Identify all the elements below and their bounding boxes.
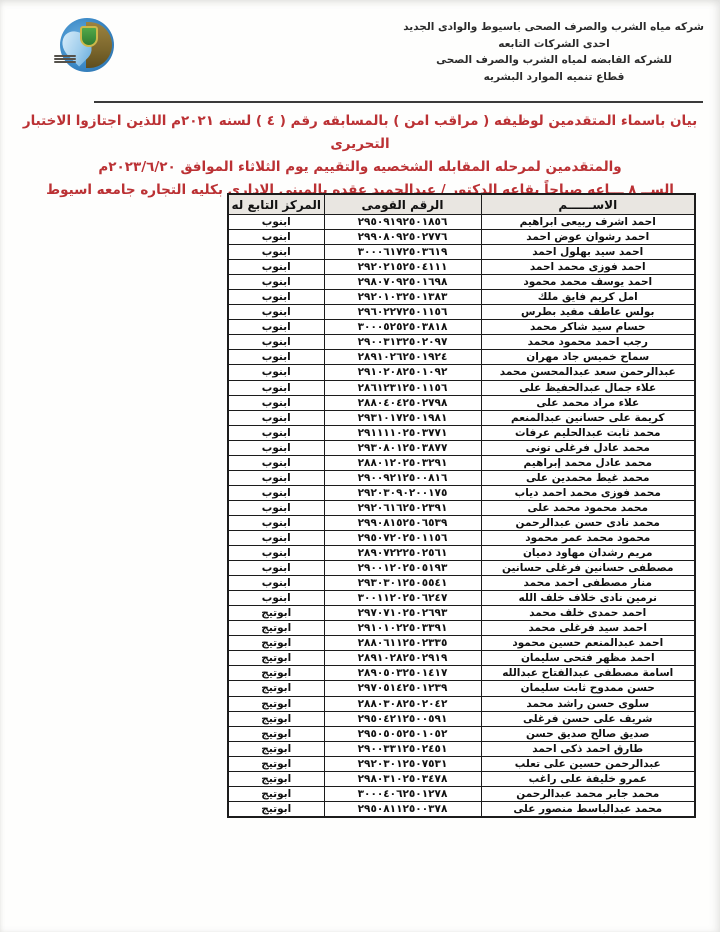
applicant-national-id: ٢٨٨٠٣٠٨٢٥٠٢٠٤٢ <box>324 696 481 711</box>
applicant-national-id: ٢٩٢٠٦١٦٢٥٠٢٣٩١ <box>324 500 481 515</box>
applicant-name: احمد عبدالمنعم حسين محمود <box>481 636 695 651</box>
applicant-national-id: ٢٨٨٠١٢٠٢٥٠٣٢٩١ <box>324 455 481 470</box>
table-header-row: الاســــــم الرقم القومى المركز التابع ل… <box>228 194 695 215</box>
applicant-national-id: ٢٩٠٠٣١٣٢٥٠٢٠٩٧ <box>324 335 481 350</box>
table-row: عبدالرحمن سعد عبدالمحسن محمد ٢٩١٠٢٠٨٢٥٠١… <box>228 365 695 380</box>
applicant-center: ابوتيج <box>228 606 324 621</box>
applicant-name: محمد عادل محمد إبراهيم <box>481 455 695 470</box>
applicant-center: ابنوب <box>228 515 324 530</box>
applicant-national-id: ٢٩٩٠٨١٥٢٥٠٦٥٣٩ <box>324 515 481 530</box>
applicant-national-id: ٢٩٥٠٤٢١٢٥٠٠٥٩١ <box>324 711 481 726</box>
table-row: علاء جمال عبدالحفيظ على ٢٨٦١٢٣١٢٥٠١١٥٦ ا… <box>228 380 695 395</box>
table-row: محمد عادل فرغلى تونى ٢٩٣٠٨٠١٢٥٠٣٨٧٧ ابنو… <box>228 440 695 455</box>
table-row: شريف على حسن فرغلى ٢٩٥٠٤٢١٢٥٠٠٥٩١ ابوتيج <box>228 711 695 726</box>
applicant-center: ابنوب <box>228 260 324 275</box>
table-row: محمد فوزى محمد احمد دياب ٢٩٢٠٣٠٩٠٢٠٠١٧٥ … <box>228 485 695 500</box>
applicant-center: ابنوب <box>228 500 324 515</box>
applicant-name: سماح خميس جاد مهران <box>481 350 695 365</box>
applicant-name: احمد يوسف محمد محمود <box>481 275 695 290</box>
table-row: سلوى حسن راشد محمد ٢٨٨٠٣٠٨٢٥٠٢٠٤٢ ابوتيج <box>228 696 695 711</box>
table-row: احمد مظهر فتحى سليمان ٢٨٩١٠٢٨٢٥٠٢٩١٩ ابو… <box>228 651 695 666</box>
applicant-national-id: ٢٩٦٠٢٢٧٢٥٠١١٥٦ <box>324 305 481 320</box>
applicant-name: صديق صالح صديق حسن <box>481 726 695 741</box>
applicant-name: سلوى حسن راشد محمد <box>481 696 695 711</box>
applicant-national-id: ٢٨٩٠٥٠٣٢٥٠١٤١٧ <box>324 666 481 681</box>
applicant-center: ابوتيج <box>228 681 324 696</box>
applicant-national-id: ٢٨٩١٠٢٦٢٥٠١٩٢٤ <box>324 350 481 365</box>
applicant-center: ابوتيج <box>228 711 324 726</box>
applicant-name: منار مصطفى احمد محمد <box>481 576 695 591</box>
applicant-national-id: ٣٠٠٠٦١٧٢٥٠٣٦١٩ <box>324 245 481 260</box>
applicant-center: ابوتيج <box>228 771 324 786</box>
applicant-national-id: ٢٩٢٠٣٠٩٠٢٠٠١٧٥ <box>324 485 481 500</box>
applicant-national-id: ٢٩٠٠٩٢١٢٥٠٠٨١٦ <box>324 470 481 485</box>
applicant-center: ابوتيج <box>228 741 324 756</box>
applicant-national-id: ٢٩٢٠٢١٥٢٥٠٤١١١ <box>324 260 481 275</box>
table-row: محمد ثابت عبدالحليم عرفات ٢٩١١١١٠٢٥٠٣٧٧١… <box>228 425 695 440</box>
applicant-name: محمد عادل فرغلى تونى <box>481 440 695 455</box>
applicants-table: الاســــــم الرقم القومى المركز التابع ل… <box>227 193 696 818</box>
shield-icon <box>80 26 98 47</box>
applicant-national-id: ٢٨٩٠٧٢٢٢٥٠٢٥٦١ <box>324 546 481 561</box>
applicant-name: محمد غيط محمدين على <box>481 470 695 485</box>
applicant-center: ابنوب <box>228 561 324 576</box>
table-row: طارق احمد ذكى احمد ٢٩٠٠٣٣١٢٥٠٢٤٥١ ابوتيج <box>228 741 695 756</box>
table-row: حسن ممدوح ثابت سليمان ٢٩٧٠٥١٤٢٥٠١٢٣٩ ابو… <box>228 681 695 696</box>
applicant-name: احمد مظهر فتحى سليمان <box>481 651 695 666</box>
table-row: سماح خميس جاد مهران ٢٨٩١٠٢٦٢٥٠١٩٢٤ ابنوب <box>228 350 695 365</box>
applicants-tbody: احمد اشرف ربيعى ابراهيم ٢٩٥٠٩١٩٢٥٠١٨٥٦ ا… <box>228 215 695 817</box>
applicant-center: ابنوب <box>228 305 324 320</box>
applicant-name: احمد اشرف ربيعى ابراهيم <box>481 215 695 230</box>
applicant-national-id: ٢٩٨٠٧٠٩٢٥٠١٦٩٨ <box>324 275 481 290</box>
table-row: امل كريم فايق ملك ٢٩٢٠١٠٣٢٥٠١٣٨٣ ابنوب <box>228 290 695 305</box>
applicant-center: ابنوب <box>228 440 324 455</box>
applicant-name: محمد محمود محمد على <box>481 500 695 515</box>
applicant-name: محمد فوزى محمد احمد دياب <box>481 485 695 500</box>
divider-line <box>94 101 703 103</box>
applicant-national-id: ٢٩١٠٢٠٨٢٥٠١٠٩٢ <box>324 365 481 380</box>
company-name: شركه مياه الشرب والصرف الصحى باسيوط والو… <box>404 19 704 36</box>
applicant-center: ابنوب <box>228 215 324 230</box>
table-row: محمد جابر محمد عبدالرحمن ٣٠٠٠٤٠٦٢٥٠١٢٧٨ … <box>228 786 695 801</box>
applicant-name: محمد ثابت عبدالحليم عرفات <box>481 425 695 440</box>
applicant-name: مريم رشدان مهاود دميان <box>481 546 695 561</box>
applicant-name: محمد عبدالباسط منصور على <box>481 801 695 817</box>
applicant-center: ابنوب <box>228 290 324 305</box>
applicant-name: بولس عاطف مفيد بطرس <box>481 305 695 320</box>
table-row: احمد يوسف محمد محمود ٢٩٨٠٧٠٩٢٥٠١٦٩٨ ابنو… <box>228 275 695 290</box>
applicant-center: ابنوب <box>228 320 324 335</box>
header-national-id: الرقم القومى <box>324 194 481 215</box>
applicant-center: ابنوب <box>228 576 324 591</box>
applicant-national-id: ٢٨٦١٢٣١٢٥٠١١٥٦ <box>324 380 481 395</box>
table-row: نرمين نادى خلاف خلف الله ٣٠٠١١٢٠٢٥٠٦٢٤٧ … <box>228 591 695 606</box>
title-line-1: بيان باسماء المتقدمين لوظيفه ( مراقب امن… <box>14 110 706 156</box>
applicant-name: احمد سيد بهلول احمد <box>481 245 695 260</box>
applicant-national-id: ٣٠٠٠٥٢٥٢٥٠٣٨١٨ <box>324 320 481 335</box>
applicant-national-id: ٢٨٨٠٤٠٤٢٥٠٢٧٩٨ <box>324 395 481 410</box>
table-row: علاء مراد محمد على ٢٨٨٠٤٠٤٢٥٠٢٧٩٨ ابنوب <box>228 395 695 410</box>
applicant-name: مصطفى حسانين فرغلى حسانين <box>481 561 695 576</box>
applicant-national-id: ٢٩١٠١٠٢٢٥٠٣٣٩١ <box>324 621 481 636</box>
applicant-national-id: ٢٩٥٠٨١١٢٥٠٠٣٧٨ <box>324 801 481 817</box>
applicant-national-id: ٢٩٢٠١٠٣٢٥٠١٣٨٣ <box>324 290 481 305</box>
table-row: مريم رشدان مهاود دميان ٢٨٩٠٧٢٢٢٥٠٢٥٦١ اب… <box>228 546 695 561</box>
applicant-center: ابنوب <box>228 485 324 500</box>
applicant-name: احمد حمدى خلف محمد <box>481 606 695 621</box>
applicant-national-id: ٢٩١١١١٠٢٥٠٣٧٧١ <box>324 425 481 440</box>
applicant-center: ابوتيج <box>228 666 324 681</box>
applicant-name: اسامة مصطفى عبدالفتاح عبدالله <box>481 666 695 681</box>
table-row: محمد نادى حسن عبدالرحمن ٢٩٩٠٨١٥٢٥٠٦٥٣٩ ا… <box>228 515 695 530</box>
table-row: احمد اشرف ربيعى ابراهيم ٢٩٥٠٩١٩٢٥٠١٨٥٦ ا… <box>228 215 695 230</box>
applicant-center: ابنوب <box>228 245 324 260</box>
applicant-national-id: ٢٩٥٠٥٠٥٢٥٠١٠٥٢ <box>324 726 481 741</box>
applicant-center: ابوتيج <box>228 636 324 651</box>
table-row: بولس عاطف مفيد بطرس ٢٩٦٠٢٢٧٢٥٠١١٥٦ ابنوب <box>228 305 695 320</box>
applicant-center: ابوتيج <box>228 621 324 636</box>
applicant-name: احمد فوزى محمد احمد <box>481 260 695 275</box>
applicant-center: ابنوب <box>228 380 324 395</box>
applicant-center: ابنوب <box>228 530 324 545</box>
applicant-center: ابوتيج <box>228 786 324 801</box>
scanned-document-page: شركه مياه الشرب والصرف الصحى باسيوط والو… <box>0 0 720 932</box>
table-row: محمد عبدالباسط منصور على ٢٩٥٠٨١١٢٥٠٠٣٧٨ … <box>228 801 695 817</box>
applicant-name: حسام سيد شاكر محمد <box>481 320 695 335</box>
applicant-national-id: ٢٩٢٠٣٠١٢٥٠٧٥٣١ <box>324 756 481 771</box>
table-row: محمد محمود محمد على ٢٩٢٠٦١٦٢٥٠٢٣٩١ ابنوب <box>228 500 695 515</box>
applicant-center: ابنوب <box>228 275 324 290</box>
table-row: احمد سيد فرغلى محمد ٢٩١٠١٠٢٢٥٠٣٣٩١ ابوتي… <box>228 621 695 636</box>
applicant-center: ابنوب <box>228 335 324 350</box>
applicant-name: احمد رشوان عوض احمد <box>481 230 695 245</box>
applicant-center: ابنوب <box>228 230 324 245</box>
company-subline-1: احدى الشركات التابعه <box>404 36 704 53</box>
applicant-national-id: ٢٩٠٠١٢٠٢٥٠٥١٩٣ <box>324 561 481 576</box>
applicant-name: رجب احمد محمود محمد <box>481 335 695 350</box>
applicant-name: محمد نادى حسن عبدالرحمن <box>481 515 695 530</box>
applicant-national-id: ٢٩٨٠٣١٠٢٥٠٣٤٧٨ <box>324 771 481 786</box>
table-row: عبدالرحمن حسين على تعلب ٢٩٢٠٣٠١٢٥٠٧٥٣١ ا… <box>228 756 695 771</box>
table-row: صديق صالح صديق حسن ٢٩٥٠٥٠٥٢٥٠١٠٥٢ ابوتيج <box>228 726 695 741</box>
applicant-national-id: ٢٩٣١٠١٧٢٥٠١٩٨١ <box>324 410 481 425</box>
company-subline-2: للشركه القابضه لمياه الشرب والصرف الصحى <box>404 52 704 69</box>
applicant-center: ابنوب <box>228 470 324 485</box>
table-row: عمرو خليفة على راغب ٢٩٨٠٣١٠٢٥٠٣٤٧٨ ابوتي… <box>228 771 695 786</box>
applicant-center: ابنوب <box>228 395 324 410</box>
applicant-center: ابنوب <box>228 546 324 561</box>
applicant-national-id: ٣٠٠١١٢٠٢٥٠٦٢٤٧ <box>324 591 481 606</box>
applicant-center: ابوتيج <box>228 651 324 666</box>
table-row: احمد عبدالمنعم حسين محمود ٢٨٨٠٦١١٢٥٠٢٣٣٥… <box>228 636 695 651</box>
applicant-center: ابنوب <box>228 591 324 606</box>
applicant-center: ابوتيج <box>228 696 324 711</box>
applicant-name: محمود محمد عمر محمود <box>481 530 695 545</box>
company-subline-3: قطاع تنميه الموارد البشريه <box>404 69 704 86</box>
applicant-name: امل كريم فايق ملك <box>481 290 695 305</box>
applicant-national-id: ٢٩٥٠٧٢٠٢٥٠١١٥٦ <box>324 530 481 545</box>
applicant-name: شريف على حسن فرغلى <box>481 711 695 726</box>
applicant-national-id: ٢٩٩٠٨٠٩٢٥٠٢٧٧٦ <box>324 230 481 245</box>
applicant-name: عمرو خليفة على راغب <box>481 771 695 786</box>
table-row: مصطفى حسانين فرغلى حسانين ٢٩٠٠١٢٠٢٥٠٥١٩٣… <box>228 561 695 576</box>
applicant-national-id: ٢٨٨٠٦١١٢٥٠٢٣٣٥ <box>324 636 481 651</box>
table-row: حسام سيد شاكر محمد ٣٠٠٠٥٢٥٢٥٠٣٨١٨ ابنوب <box>228 320 695 335</box>
logo-caption-lines <box>54 54 76 64</box>
applicant-name: حسن ممدوح ثابت سليمان <box>481 681 695 696</box>
applicant-center: ابنوب <box>228 410 324 425</box>
applicant-national-id: ٢٨٩١٠٢٨٢٥٠٢٩١٩ <box>324 651 481 666</box>
table-row: رجب احمد محمود محمد ٢٩٠٠٣١٣٢٥٠٢٠٩٧ ابنوب <box>228 335 695 350</box>
applicant-national-id: ٢٩٥٠٩١٩٢٥٠١٨٥٦ <box>324 215 481 230</box>
header-center: المركز التابع له <box>228 194 324 215</box>
applicant-name: طارق احمد ذكى احمد <box>481 741 695 756</box>
applicant-national-id: ٢٩٣٠٨٠١٢٥٠٣٨٧٧ <box>324 440 481 455</box>
applicant-center: ابنوب <box>228 455 324 470</box>
title-line-2: والمتقدمين لمرحله المقابله الشخصيه والتق… <box>14 156 706 179</box>
applicant-name: عبدالرحمن حسين على تعلب <box>481 756 695 771</box>
applicant-national-id: ٣٠٠٠٤٠٦٢٥٠١٢٧٨ <box>324 786 481 801</box>
applicant-center: ابنوب <box>228 425 324 440</box>
company-logo-icon <box>54 16 120 76</box>
applicant-center: ابنوب <box>228 365 324 380</box>
table-row: محمد غيط محمدين على ٢٩٠٠٩٢١٢٥٠٠٨١٦ ابنوب <box>228 470 695 485</box>
applicant-national-id: ٢٩٣٠٣٠١٢٥٠٥٥٤١ <box>324 576 481 591</box>
table-row: كريمة على حسانين عبدالمنعم ٢٩٣١٠١٧٢٥٠١٩٨… <box>228 410 695 425</box>
applicant-name: احمد سيد فرغلى محمد <box>481 621 695 636</box>
applicant-center: ابوتيج <box>228 756 324 771</box>
table-row: احمد فوزى محمد احمد ٢٩٢٠٢١٥٢٥٠٤١١١ ابنوب <box>228 260 695 275</box>
table-row: محمود محمد عمر محمود ٢٩٥٠٧٢٠٢٥٠١١٥٦ ابنو… <box>228 530 695 545</box>
applicant-name: نرمين نادى خلاف خلف الله <box>481 591 695 606</box>
table-row: احمد حمدى خلف محمد ٢٩٧٠٧١٠٢٥٠٢٦٩٣ ابوتيج <box>228 606 695 621</box>
table-row: اسامة مصطفى عبدالفتاح عبدالله ٢٨٩٠٥٠٣٢٥٠… <box>228 666 695 681</box>
table-row: احمد رشوان عوض احمد ٢٩٩٠٨٠٩٢٥٠٢٧٧٦ ابنوب <box>228 230 695 245</box>
table-row: منار مصطفى احمد محمد ٢٩٣٠٣٠١٢٥٠٥٥٤١ ابنو… <box>228 576 695 591</box>
applicant-name: محمد جابر محمد عبدالرحمن <box>481 786 695 801</box>
applicant-center: ابوتيج <box>228 726 324 741</box>
applicant-name: عبدالرحمن سعد عبدالمحسن محمد <box>481 365 695 380</box>
applicant-national-id: ٢٩٠٠٣٣١٢٥٠٢٤٥١ <box>324 741 481 756</box>
applicant-national-id: ٢٩٧٠٥١٤٢٥٠١٢٣٩ <box>324 681 481 696</box>
applicant-name: كريمة على حسانين عبدالمنعم <box>481 410 695 425</box>
applicant-center: ابوتيج <box>228 801 324 817</box>
table-row: احمد سيد بهلول احمد ٣٠٠٠٦١٧٢٥٠٣٦١٩ ابنوب <box>228 245 695 260</box>
announcement-title: بيان باسماء المتقدمين لوظيفه ( مراقب امن… <box>14 110 706 202</box>
applicant-national-id: ٢٩٧٠٧١٠٢٥٠٢٦٩٣ <box>324 606 481 621</box>
header-name: الاســــــم <box>481 194 695 215</box>
applicant-name: علاء مراد محمد على <box>481 395 695 410</box>
applicant-center: ابنوب <box>228 350 324 365</box>
company-header: شركه مياه الشرب والصرف الصحى باسيوط والو… <box>404 19 704 85</box>
applicant-name: علاء جمال عبدالحفيظ على <box>481 380 695 395</box>
table-row: محمد عادل محمد إبراهيم ٢٨٨٠١٢٠٢٥٠٣٢٩١ اب… <box>228 455 695 470</box>
